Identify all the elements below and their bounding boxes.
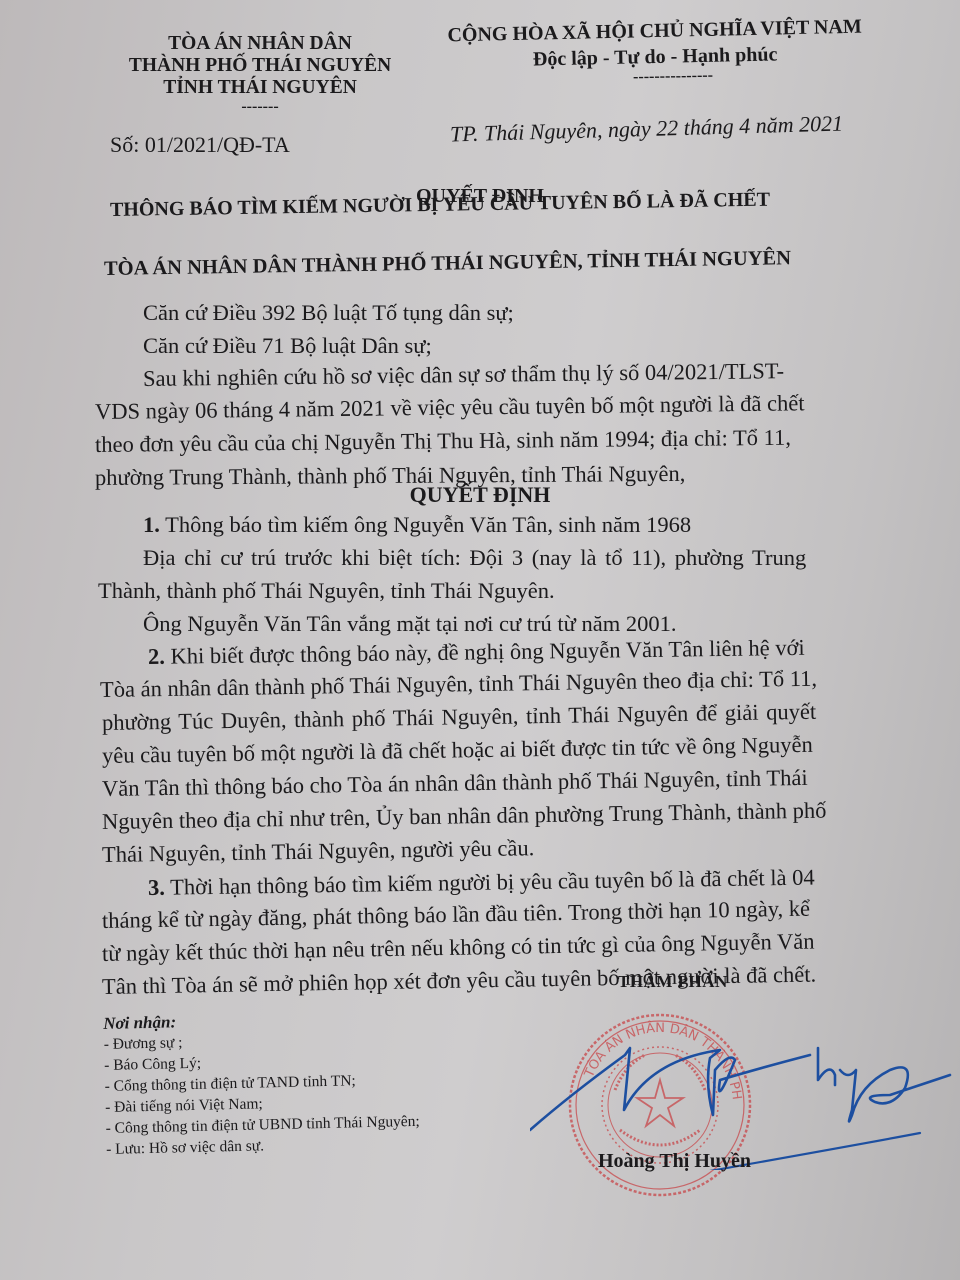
article-text: Thành, thành phố Thái Nguyên, tỉnh Thái … — [98, 574, 555, 607]
national-header: CỘNG HÒA XÃ HỘI CHỦ NGHĨA VIỆT NAM Độc l… — [439, 14, 870, 89]
issuing-court-header: TÒA ÁN NHÂN DÂN THÀNH PHỐ THÁI NGUYÊN TỈ… — [100, 33, 420, 115]
signer-name: Hoàng Thị Huyền — [598, 1150, 751, 1173]
signer-title: THẨM PHÁN — [618, 972, 728, 992]
preamble-line: Căn cứ Điều 71 Bộ luật Dân sự; — [143, 329, 432, 362]
decision-heading: QUYẾT ĐỊNH — [0, 482, 960, 508]
article-number: 1. — [143, 512, 160, 537]
court-line-3: TỈNH THÁI NGUYÊN — [100, 77, 420, 99]
article-number: 2. — [148, 644, 165, 669]
article-text: Thông báo tìm kiếm ông Nguyễn Văn Tân, s… — [160, 512, 691, 537]
recipients-list: Nơi nhận: - Đương sự ; - Báo Công Lý; - … — [103, 1006, 420, 1160]
document-number: Số: 01/2021/QĐ-TA — [110, 132, 290, 158]
article-number: 3. — [148, 875, 165, 900]
court-line-1: TÒA ÁN NHÂN DÂN — [100, 33, 420, 55]
court-line-2: THÀNH PHỐ THÁI NGUYÊN — [100, 55, 420, 77]
article-text: Địa chỉ cư trú trước khi biệt tích: Đội … — [143, 541, 806, 574]
preamble-line: theo đơn yêu cầu của chị Nguyễn Thị Thu … — [95, 421, 791, 461]
court-name: TÒA ÁN NHÂN DÂN THÀNH PHỐ THÁI NGUYÊN, T… — [104, 247, 791, 281]
header-divider: ------- — [100, 99, 420, 115]
preamble-line: Căn cứ Điều 392 Bộ luật Tố tụng dân sự; — [143, 296, 514, 329]
document-page: TÒA ÁN NHÂN DÂN THÀNH PHỐ THÁI NGUYÊN TỈ… — [0, 0, 960, 1280]
issue-date: TP. Thái Nguyên, ngày 22 tháng 4 năm 202… — [450, 111, 844, 148]
